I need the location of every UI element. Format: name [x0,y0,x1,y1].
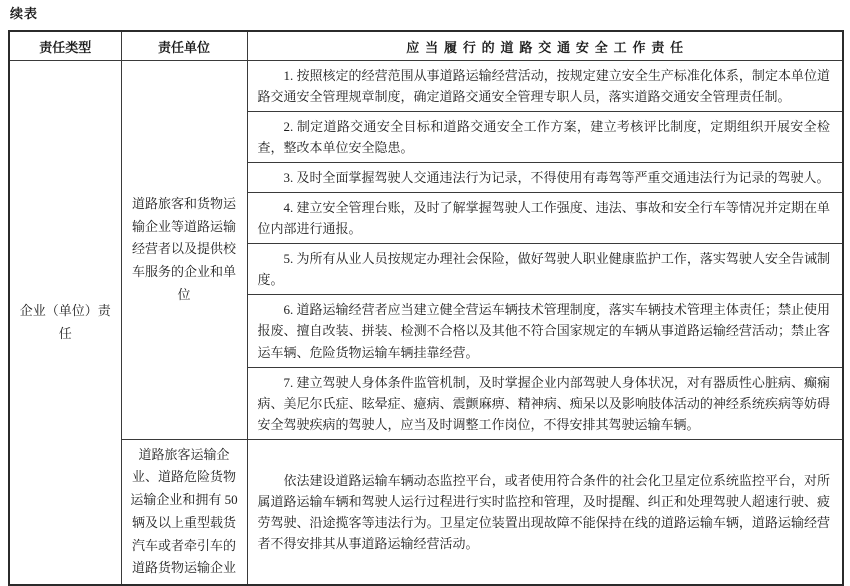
duty-item-cell: 7. 建立驾驶人身体条件监管机制，及时掌握企业内部驾驶人身体状况，对有器质性心脏… [247,367,843,439]
duty-item-cell: 1. 按照核定的经营范围从事道路运输经营活动，按规定建立安全生产标准化体系，制定… [247,61,843,112]
table-header-row: 责任类型 责任单位 应当履行的道路交通安全工作责任 [9,31,843,61]
duty-item-text: 依法建设道路运输车辆动态监控平台，或者使用符合条件的社会化卫星定位系统监控平台，… [258,470,831,554]
duty-item-text: 2. 制定道路交通安全目标和道路交通安全工作方案，建立考核评比制度，定期组织开展… [258,116,831,158]
duty-item-text: 5. 为所有从业人员按规定办理社会保险，做好驾驶人职业健康监护工作，落实驾驶人安… [258,248,831,290]
duty-item-text: 6. 道路运输经营者应当建立健全营运车辆技术管理制度，落实车辆技术管理主体责任；… [258,299,831,362]
duty-item-cell: 依法建设道路运输车辆动态监控平台，或者使用符合条件的社会化卫星定位系统监控平台，… [247,439,843,585]
document-page: 续表 责任类型 责任单位 应当履行的道路交通安全工作责任 企业（单位）责任 道路… [0,0,850,586]
table-row: 企业（单位）责任 道路旅客和货物运输企业等道路运输经营者以及提供校车服务的企业和… [9,61,843,112]
duty-item-cell: 2. 制定道路交通安全目标和道路交通安全工作方案，建立考核评比制度，定期组织开展… [247,112,843,163]
duty-item-text: 7. 建立驾驶人身体条件监管机制，及时掌握企业内部驾驶人身体状况，对有器质性心脏… [258,372,831,435]
continued-table-label: 续表 [10,3,38,22]
table-row: 道路旅客运输企业、道路危险货物运输企业和拥有 50 辆及以上重型载货汽车或者牵引… [9,439,843,585]
duty-item-cell: 4. 建立安全管理台账，及时了解掌握驾驶人工作强度、违法、事故和安全行车等情况并… [247,193,843,244]
duty-item-cell: 5. 为所有从业人员按规定办理社会保险，做好驾驶人职业健康监护工作，落实驾驶人安… [247,244,843,295]
header-cell-responsibility-type: 责任类型 [9,31,121,61]
duty-item-cell: 3. 及时全面掌握驾驶人交通违法行为记录，不得使用有毒驾等严重交通违法行为记录的… [247,163,843,193]
duty-item-text: 1. 按照核定的经营范围从事道路运输经营活动，按规定建立安全生产标准化体系，制定… [258,65,831,107]
duty-item-text: 4. 建立安全管理台账，及时了解掌握驾驶人工作强度、违法、事故和安全行车等情况并… [258,197,831,239]
duty-item-cell: 6. 道路运输经营者应当建立健全营运车辆技术管理制度，落实车辆技术管理主体责任；… [247,295,843,367]
responsible-unit-cell-group1: 道路旅客和货物运输企业等道路运输经营者以及提供校车服务的企业和单位 [121,61,247,440]
responsibility-type-cell: 企业（单位）责任 [9,61,121,586]
duty-item-text: 3. 及时全面掌握驾驶人交通违法行为记录，不得使用有毒驾等严重交通违法行为记录的… [258,167,831,188]
header-cell-duties: 应当履行的道路交通安全工作责任 [247,31,843,61]
responsible-unit-cell-group2: 道路旅客运输企业、道路危险货物运输企业和拥有 50 辆及以上重型载货汽车或者牵引… [121,439,247,585]
responsibility-table: 责任类型 责任单位 应当履行的道路交通安全工作责任 企业（单位）责任 道路旅客和… [8,30,844,586]
header-cell-responsible-unit: 责任单位 [121,31,247,61]
